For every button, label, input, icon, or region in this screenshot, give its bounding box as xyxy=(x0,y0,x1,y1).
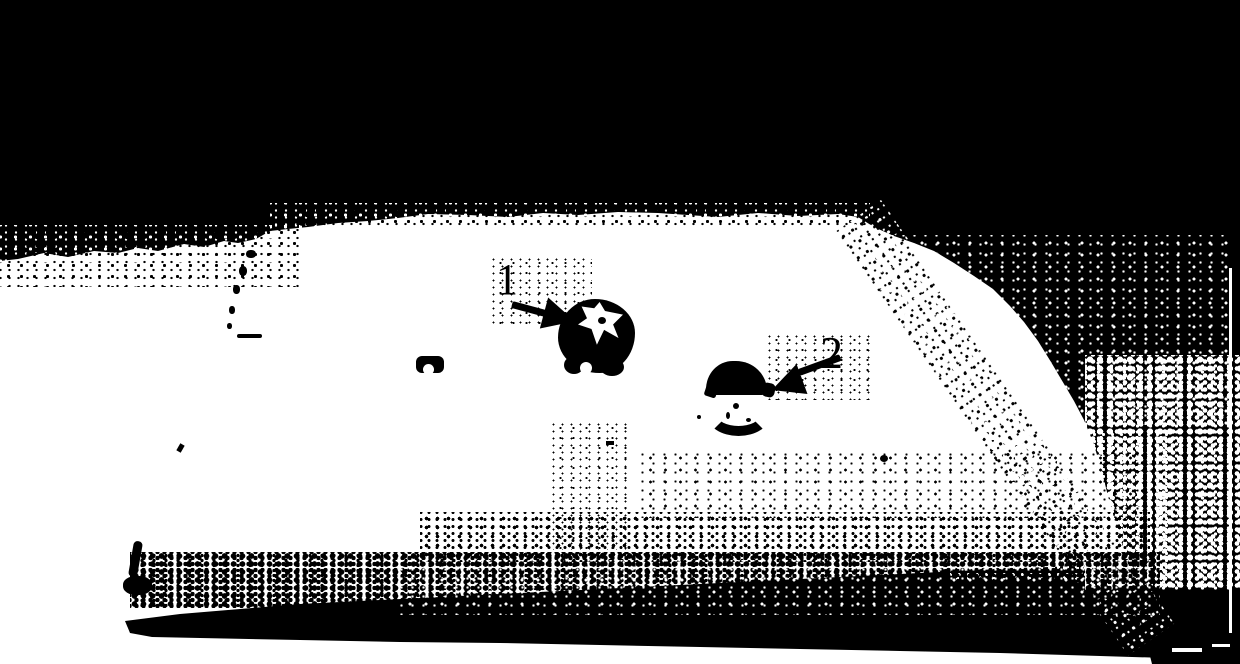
dither-noise-band-top xyxy=(400,560,1160,615)
specimen-2-speck xyxy=(733,403,739,409)
surface-mark-blob xyxy=(123,576,152,595)
specimen-2-speck xyxy=(746,418,751,422)
bottom-right-white-dash xyxy=(1212,644,1230,647)
surface-mark-speck xyxy=(233,285,240,294)
surface-mark-blob-notch xyxy=(423,364,434,375)
surface-mark-speck xyxy=(239,266,247,276)
specimen-2-crescent xyxy=(707,394,770,436)
specimen-2-speck xyxy=(697,415,701,419)
dither-noise-slab-lower xyxy=(640,448,1140,518)
annotation-1-label: 1 xyxy=(496,258,518,302)
surface-mark-speck xyxy=(880,455,888,462)
surface-mark-speck xyxy=(176,443,184,452)
surface-mark-speck xyxy=(227,323,232,329)
surface-mark-speck xyxy=(246,250,256,258)
right-edge-white-line xyxy=(1229,268,1232,633)
annotation-2-label: 2 xyxy=(820,330,843,376)
surface-mark-speck xyxy=(606,441,614,445)
dither-noise-top-edge xyxy=(270,203,870,229)
specimen-2-speck xyxy=(726,412,730,419)
binarized-photo-figure: 1 2 xyxy=(0,0,1240,664)
surface-mark-speck xyxy=(229,306,235,314)
specimen-2-foot xyxy=(704,384,719,398)
bottom-right-white-dash xyxy=(1172,648,1202,652)
specimen-1-notch xyxy=(580,362,592,374)
specimen-1-bump xyxy=(600,358,624,376)
specimen-1-core-dot xyxy=(598,317,606,324)
surface-mark-dash xyxy=(237,334,262,338)
